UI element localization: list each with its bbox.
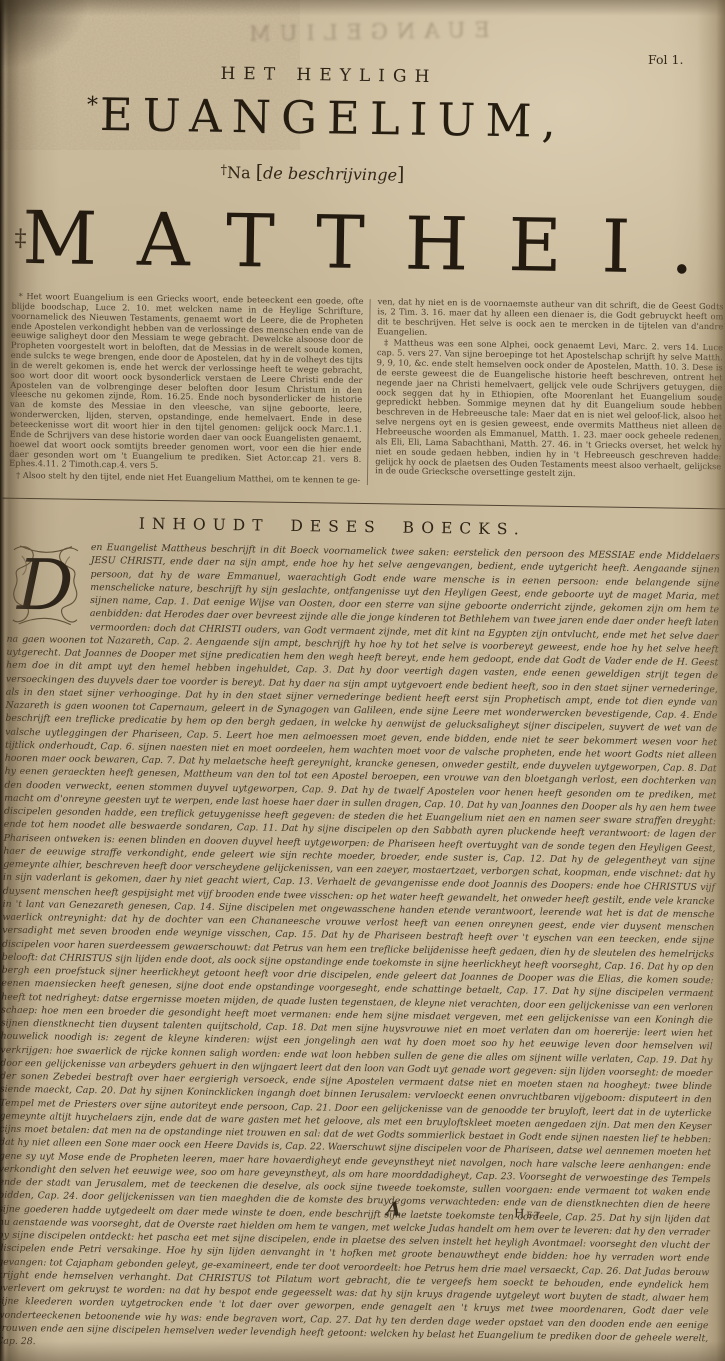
ornamental-drop-cap: D <box>7 542 84 629</box>
title-line-matthei: ‡MATTHEI. <box>22 196 725 292</box>
title-line-na-beschrijvinge: †Na [de beschrijvinge] <box>7 158 617 189</box>
drop-cap-letter: D <box>15 544 74 627</box>
title-matthei-text: MATTHEI. <box>22 196 725 292</box>
column-divider-rule <box>367 299 371 485</box>
catchword: Het <box>514 1206 542 1220</box>
bracket-close: ] <box>397 163 405 185</box>
annotation-column-right: ven, dat hy niet en is de voornaemste au… <box>375 297 724 483</box>
title-line-het-heyligh: HET HEYLIGH <box>9 61 649 90</box>
footnote-double-dagger: ‡ Mattheus was een sone Alphei, oock gen… <box>375 339 723 482</box>
double-dagger-footnote-mark: ‡ <box>14 224 26 252</box>
title-beschrijvinge-text: de beschrijvinge <box>263 163 397 184</box>
title-line-euangelium: *EUANGELIUM, <box>8 87 645 149</box>
scanned-bible-page: EUANGELIUM Fol 1. HET HEYLIGH *EUANGELIU… <box>0 0 725 1361</box>
drop-cap-ornament-icon: D <box>7 542 84 629</box>
section-header-inhoudt: INHOUDT DESES BOECKS. <box>22 513 642 540</box>
book-summary-text: D en Euangelist Mattheus beschrijft in d… <box>0 540 720 1359</box>
footnote-dagger-continuation: ven, dat hy niet en is de voornaemste au… <box>377 297 724 342</box>
book-summary-paragraph: en Euangelist Mattheus beschrijft in dit… <box>0 542 720 1347</box>
signature-mark: A <box>386 1198 401 1220</box>
footnote-annotations: * Het woort Euangelium is een Griecks wo… <box>12 292 724 303</box>
title-na-text: Na <box>227 163 251 182</box>
annotation-column-left: * Het woort Euangelium is een Griecks wo… <box>9 292 364 488</box>
folio-number: Fol 1. <box>648 52 683 67</box>
footnote-asterisk: * Het woort Euangelium is een Griecks wo… <box>9 292 364 474</box>
title-euangelium-text: EUANGELIUM, <box>99 88 566 148</box>
section-divider-rule <box>3 498 725 510</box>
asterisk-footnote-mark: * <box>87 93 98 118</box>
printed-content: HET HEYLIGH *EUANGELIUM, †Na [de beschri… <box>0 0 725 1361</box>
